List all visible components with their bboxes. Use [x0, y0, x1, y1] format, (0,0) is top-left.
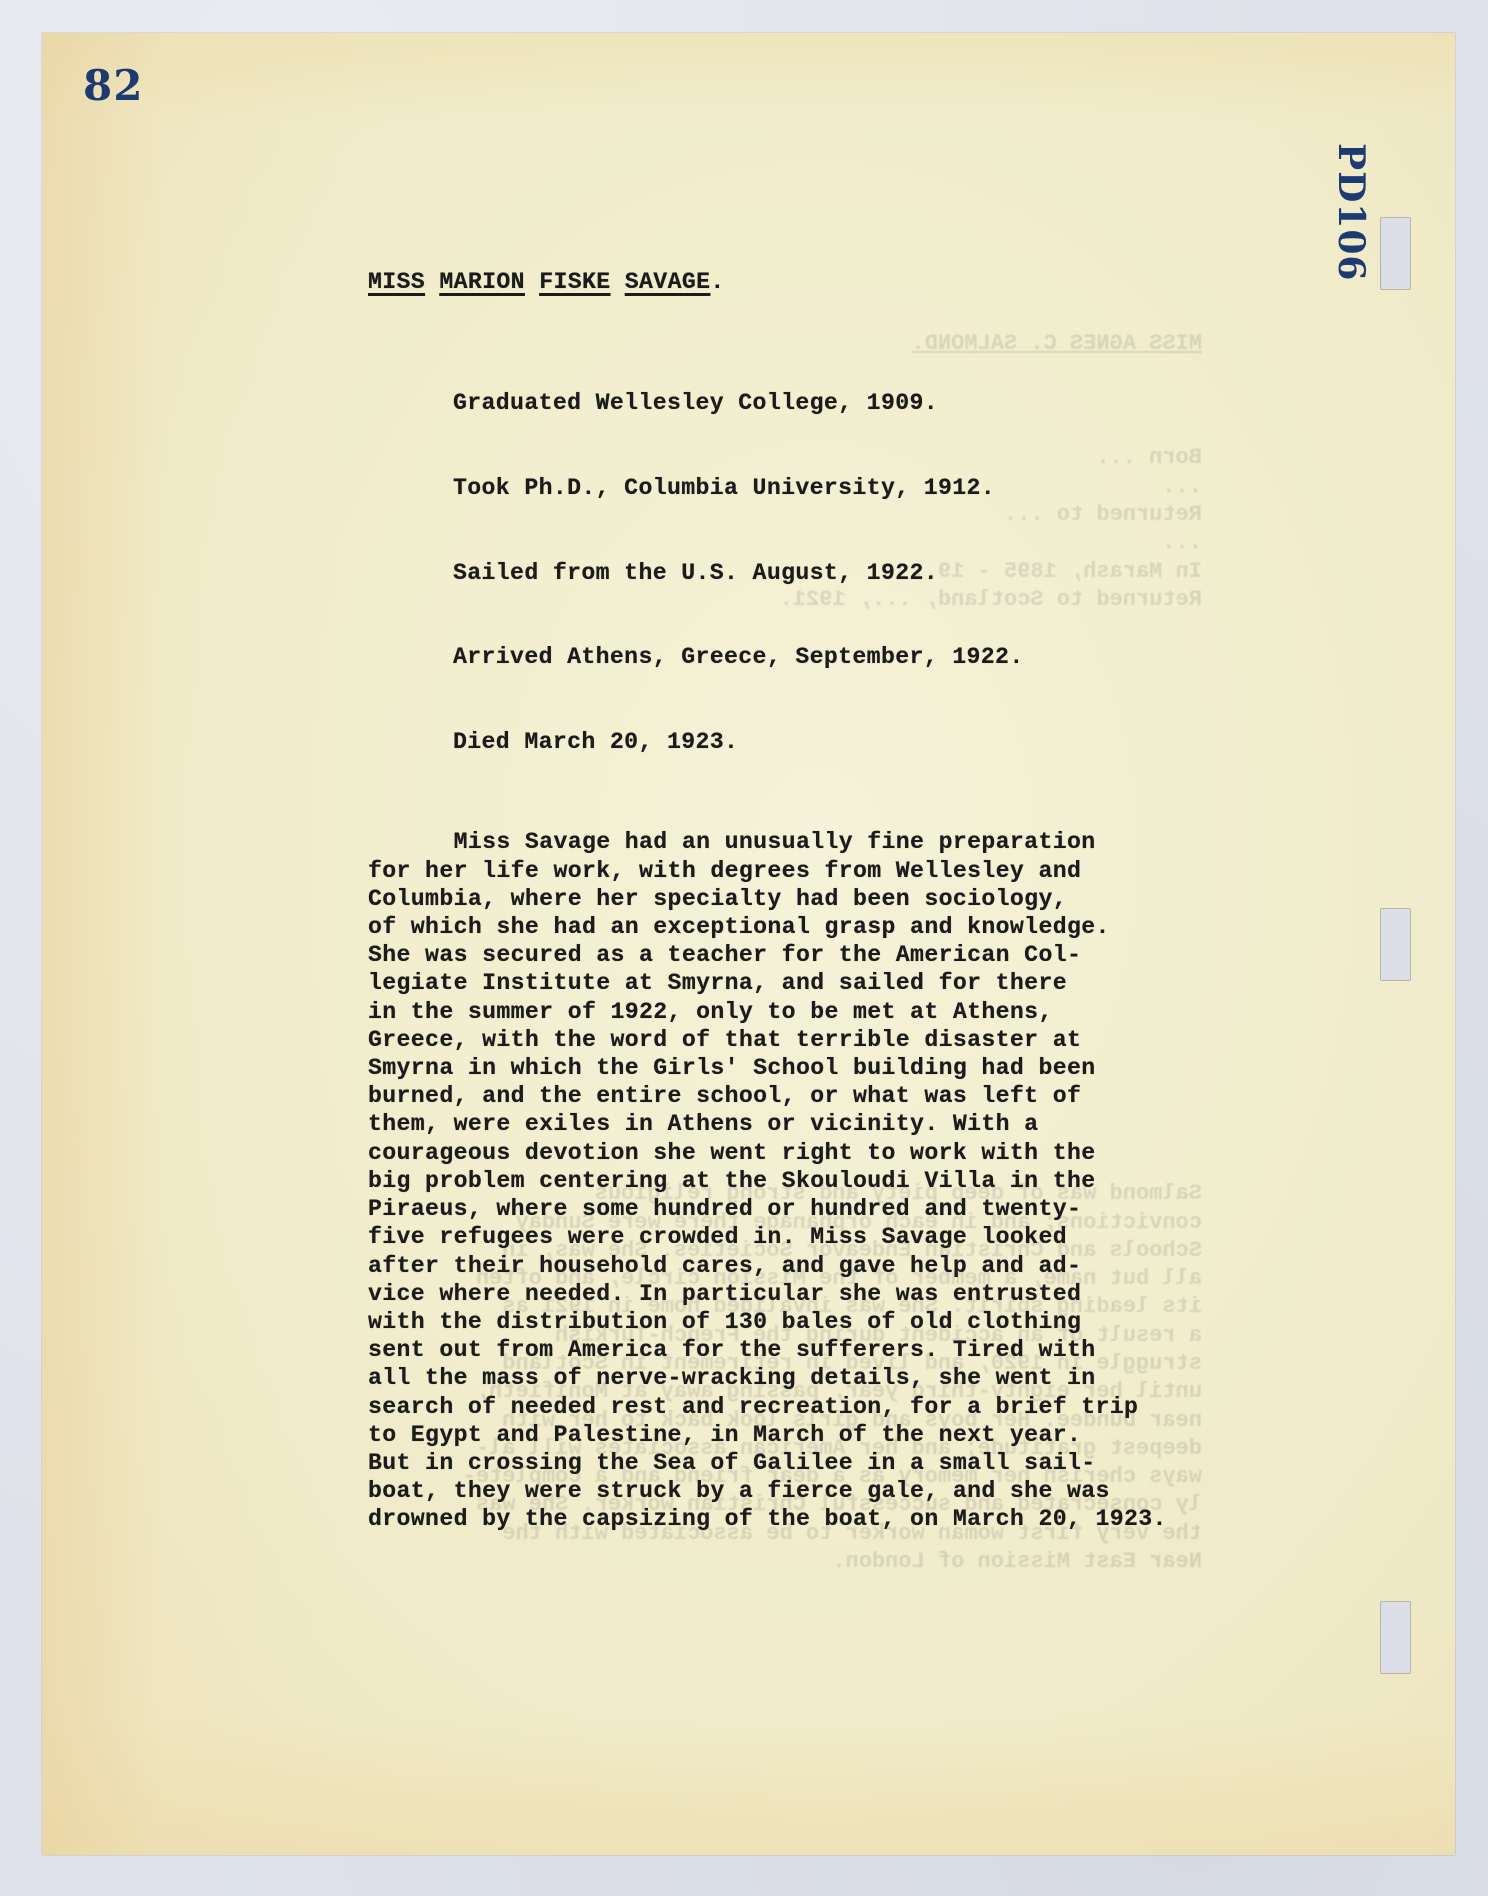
paragraph-line: But in crossing the Sea of Galilee in a … [368, 1449, 1167, 1477]
paragraph-line: after their household cares, and gave he… [368, 1252, 1167, 1280]
paragraph-line: vice where needed. In particular she was… [368, 1280, 1167, 1308]
typed-biography: MISS MARION FISKE SAVAGE. Graduated Well… [368, 269, 1167, 1534]
title-word: MISS [368, 269, 425, 295]
paragraph-line: to Egypt and Palestine, in March of the … [368, 1421, 1167, 1449]
paragraph-line: Miss Savage had an unusually fine prepar… [368, 828, 1167, 856]
fact-line: Took Ph.D., Columbia University, 1912. [453, 474, 1167, 502]
biographical-facts: Graduated Wellesley College, 1909. Took … [453, 333, 1167, 812]
paragraph-line: drowned by the capsizing of the boat, on… [368, 1505, 1167, 1533]
fact-line: Arrived Athens, Greece, September, 1922. [453, 643, 1167, 671]
bleed-line: Near East Mission of London. [282, 1548, 1202, 1576]
title-word: FISKE [539, 269, 610, 295]
fact-line: Graduated Wellesley College, 1909. [453, 389, 1167, 417]
binder-punch-hole-top [1380, 217, 1411, 290]
paragraph-line: courageous devotion she went right to wo… [368, 1139, 1167, 1167]
title-period: . [710, 269, 724, 295]
paragraph-line: Columbia, where her specialty had been s… [368, 885, 1167, 913]
paragraph-line: boat, they were struck by a fierce gale,… [368, 1477, 1167, 1505]
paragraph-line: legiate Institute at Smyrna, and sailed … [368, 969, 1167, 997]
paragraph-line: with the distribution of 130 bales of ol… [368, 1308, 1167, 1336]
paragraph-line: Smyrna in which the Girls' School buildi… [368, 1054, 1167, 1082]
paragraph-line: of which she had an exceptional grasp an… [368, 913, 1167, 941]
fact-line: Sailed from the U.S. August, 1922. [453, 559, 1167, 587]
paragraph-line: sent out from America for the sufferers.… [368, 1336, 1167, 1364]
paragraph-line: all the mass of nerve-wracking details, … [368, 1364, 1167, 1392]
paragraph-line: them, were exiles in Athens or vicinity.… [368, 1110, 1167, 1138]
paragraph-line: big problem centering at the Skouloudi V… [368, 1167, 1167, 1195]
paragraph-line: five refugees were crowded in. Miss Sava… [368, 1223, 1167, 1251]
document-title: MISS MARION FISKE SAVAGE. [368, 269, 1167, 295]
biography-paragraph: Miss Savage had an unusually fine prepar… [368, 828, 1167, 1533]
archive-stamp-code: PD106 [1330, 143, 1372, 281]
paragraph-line: in the summer of 1922, only to be met at… [368, 998, 1167, 1026]
binder-punch-hole-bottom [1380, 1601, 1411, 1674]
paragraph-line: She was secured as a teacher for the Ame… [368, 941, 1167, 969]
title-word: MARION [439, 269, 525, 295]
paragraph-line: search of needed rest and recreation, fo… [368, 1393, 1167, 1421]
paragraph-line: Greece, with the word of that terrible d… [368, 1026, 1167, 1054]
title-word: SAVAGE [625, 269, 711, 295]
document-page: 82 PD106 MISS AGNES C. SALMOND. Born ...… [42, 33, 1455, 1855]
fact-line: Died March 20, 1923. [453, 728, 1167, 756]
page-number: 82 [83, 61, 143, 110]
paragraph-line: for her life work, with degrees from Wel… [368, 857, 1167, 885]
binder-punch-hole-middle [1380, 908, 1411, 981]
paragraph-line: Piraeus, where some hundred or hundred a… [368, 1195, 1167, 1223]
paragraph-line: burned, and the entire school, or what w… [368, 1082, 1167, 1110]
